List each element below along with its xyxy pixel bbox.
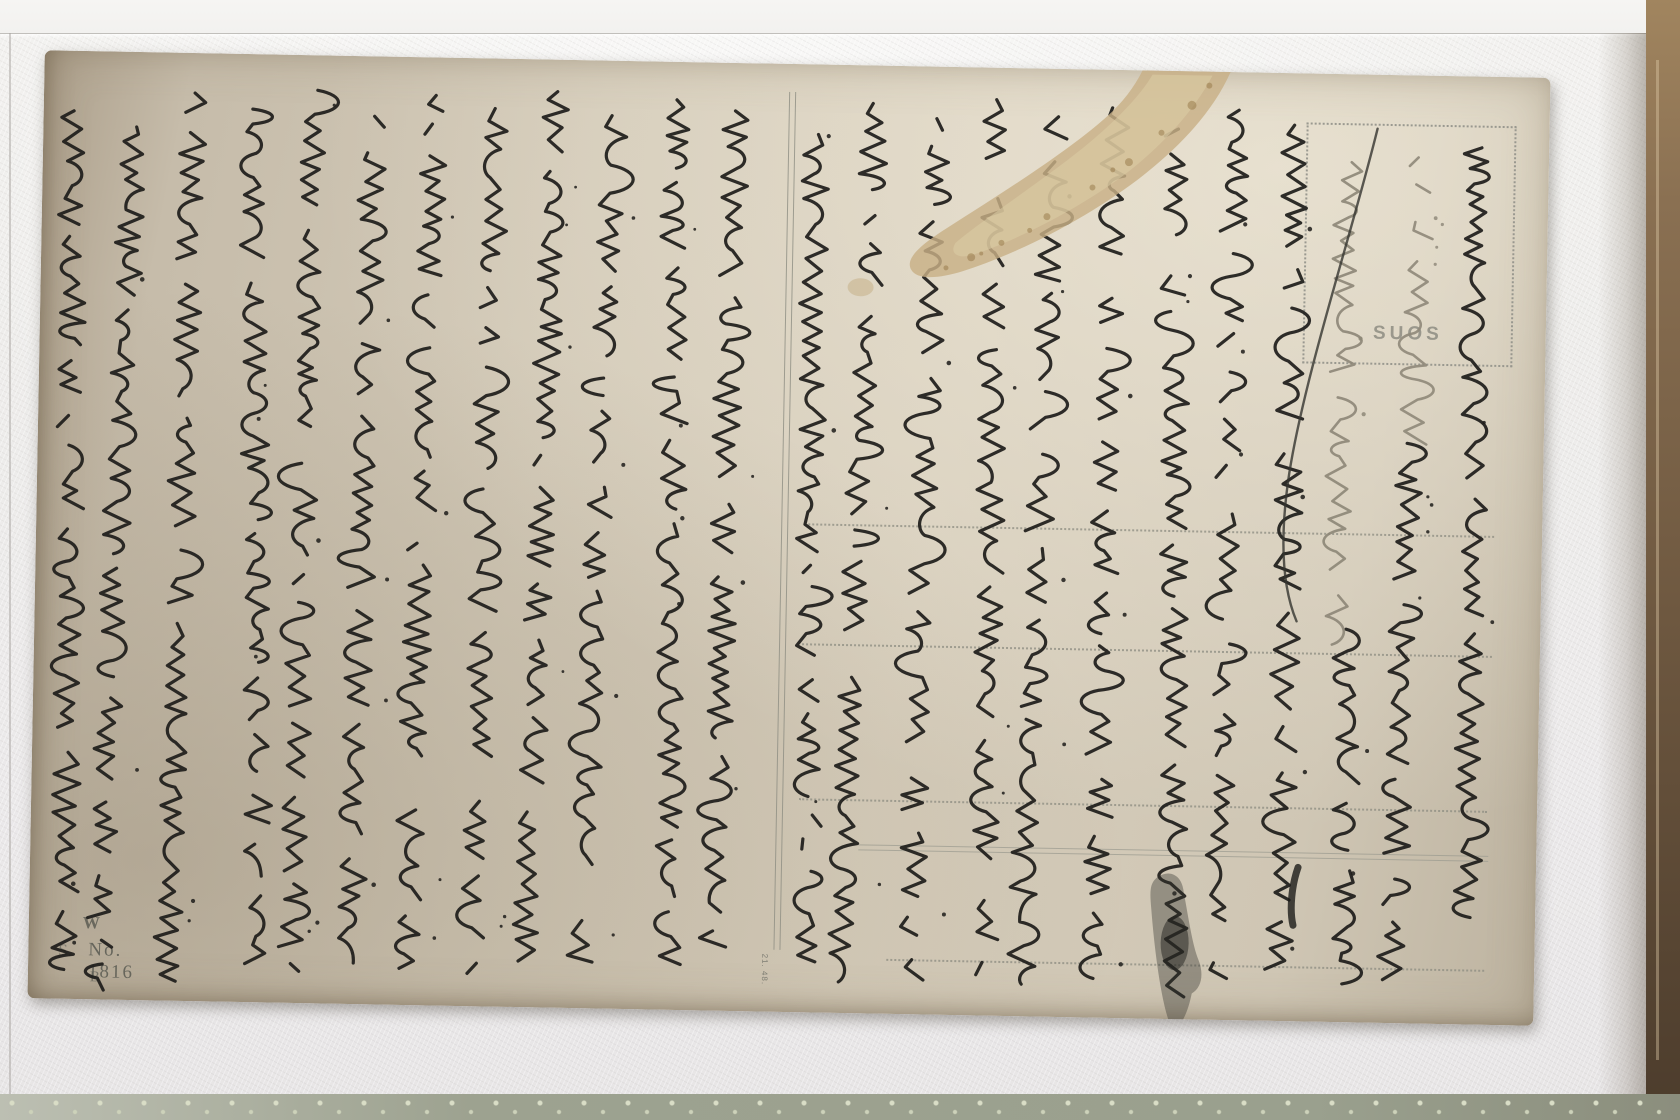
ink-dot	[191, 899, 195, 903]
ink-dot	[1290, 947, 1294, 951]
ink-dot	[316, 538, 321, 543]
ink-dot	[438, 878, 441, 881]
handwriting-column	[1377, 443, 1426, 980]
ink-dot	[315, 920, 319, 924]
ink-dot	[1430, 503, 1434, 507]
ink-dot	[831, 428, 836, 433]
ink-dot	[451, 215, 454, 218]
ink-dot	[432, 936, 436, 940]
page-groove-line	[9, 33, 11, 1120]
ink-dot	[1188, 274, 1192, 278]
ink-dot	[1303, 770, 1307, 774]
ink-dot	[568, 345, 571, 348]
ink-dot	[386, 318, 390, 322]
ink-dot	[1007, 725, 1010, 728]
handwriting-column	[787, 134, 840, 987]
handwriting-column	[331, 116, 388, 964]
ink-dot	[1365, 749, 1369, 753]
ink-dot	[814, 800, 817, 803]
handwriting-column	[45, 111, 93, 970]
ink-dot	[632, 216, 636, 220]
ink-dot	[1441, 223, 1444, 226]
ink-dot	[751, 475, 754, 478]
page-fold-shadow	[1598, 33, 1648, 1120]
ink-dot	[946, 361, 951, 366]
ink-dot	[1308, 227, 1313, 232]
ink-dot	[679, 424, 683, 428]
ink-dot	[1418, 596, 1421, 599]
handwriting-column	[1450, 147, 1501, 917]
handwriting-column	[393, 95, 447, 969]
ink-dot	[1426, 495, 1429, 498]
handwriting-column	[643, 100, 698, 965]
ink-dot	[1062, 742, 1066, 746]
ink-dot	[307, 930, 310, 933]
ink-dot	[1434, 216, 1438, 220]
handwriting-column	[1260, 125, 1313, 988]
handwriting-column	[1143, 129, 1201, 997]
ink-dot	[257, 417, 261, 421]
ink-dot	[384, 699, 388, 703]
handwriting-column	[1327, 629, 1367, 984]
handwriting-column	[513, 91, 569, 961]
photo-scene: SUOS 21. 48. W S. No. 1816 B	[0, 0, 1680, 1120]
handwriting-column	[1397, 157, 1438, 444]
ink-dot	[1239, 452, 1243, 456]
ink-dot	[574, 186, 577, 189]
ink-dot	[1243, 222, 1247, 226]
handwriting-column	[154, 93, 212, 982]
handwriting-column	[85, 126, 145, 990]
ink-dot	[1241, 350, 1245, 354]
ink-dot	[1013, 386, 1017, 390]
handwriting-column	[1076, 107, 1135, 978]
handwriting-column	[695, 110, 754, 973]
ink-dot	[1490, 620, 1494, 624]
ink-dot	[1061, 290, 1064, 293]
ink-dot	[614, 694, 618, 698]
ink-dot	[693, 228, 696, 231]
ink-dot	[827, 134, 831, 138]
handwriting-column	[226, 109, 284, 964]
postcard: SUOS 21. 48. W S. No. 1816 B	[27, 50, 1550, 1025]
ink-dot	[1061, 578, 1065, 582]
handwriting-column	[1199, 110, 1255, 979]
ink-dot	[1362, 412, 1366, 416]
ink-dot	[1435, 246, 1438, 249]
ink-dot	[503, 915, 506, 918]
album-edge-brown	[1646, 0, 1680, 1120]
ink-dot	[500, 925, 503, 928]
stain	[847, 65, 1230, 303]
handwriting-columns	[45, 83, 1504, 1016]
ink-dot	[565, 223, 568, 226]
ink-dot	[1186, 300, 1189, 303]
ink-dot	[264, 384, 267, 387]
ink-dot	[1426, 530, 1429, 533]
handwriting-column	[269, 90, 338, 972]
ink-dot	[561, 670, 564, 673]
ink-dot	[885, 507, 888, 510]
ink-dot	[1119, 962, 1123, 966]
ink-dot	[942, 912, 946, 916]
ink-dot	[1128, 394, 1133, 399]
ink-dot	[734, 787, 737, 790]
table-edge-strip	[0, 1094, 1680, 1120]
ink-dot	[621, 463, 625, 467]
handwriting-column	[456, 108, 514, 974]
ink-dot	[71, 881, 76, 886]
ink-dot	[371, 882, 376, 887]
ink-dot	[140, 277, 145, 282]
handwriting-column	[1322, 162, 1365, 645]
handwriting-column	[828, 103, 889, 983]
ink-dot	[1002, 792, 1005, 795]
ink-dot	[444, 511, 448, 515]
ink-dot	[385, 577, 389, 581]
ink-dot	[72, 941, 76, 945]
ink-dot	[1434, 263, 1437, 266]
ink-dot	[741, 580, 746, 585]
ink-dot	[135, 768, 139, 772]
ink-dot	[680, 516, 684, 520]
ink-dot	[878, 883, 881, 886]
ink-dot	[1123, 613, 1127, 617]
ink-dot	[612, 933, 615, 936]
ink-dot	[1300, 495, 1305, 500]
ink-dot	[188, 919, 191, 922]
handwriting-layer	[27, 50, 1550, 1025]
handwriting-column	[565, 115, 634, 975]
sleeve-seam-line	[0, 0, 1680, 34]
ink-dot	[254, 655, 258, 659]
